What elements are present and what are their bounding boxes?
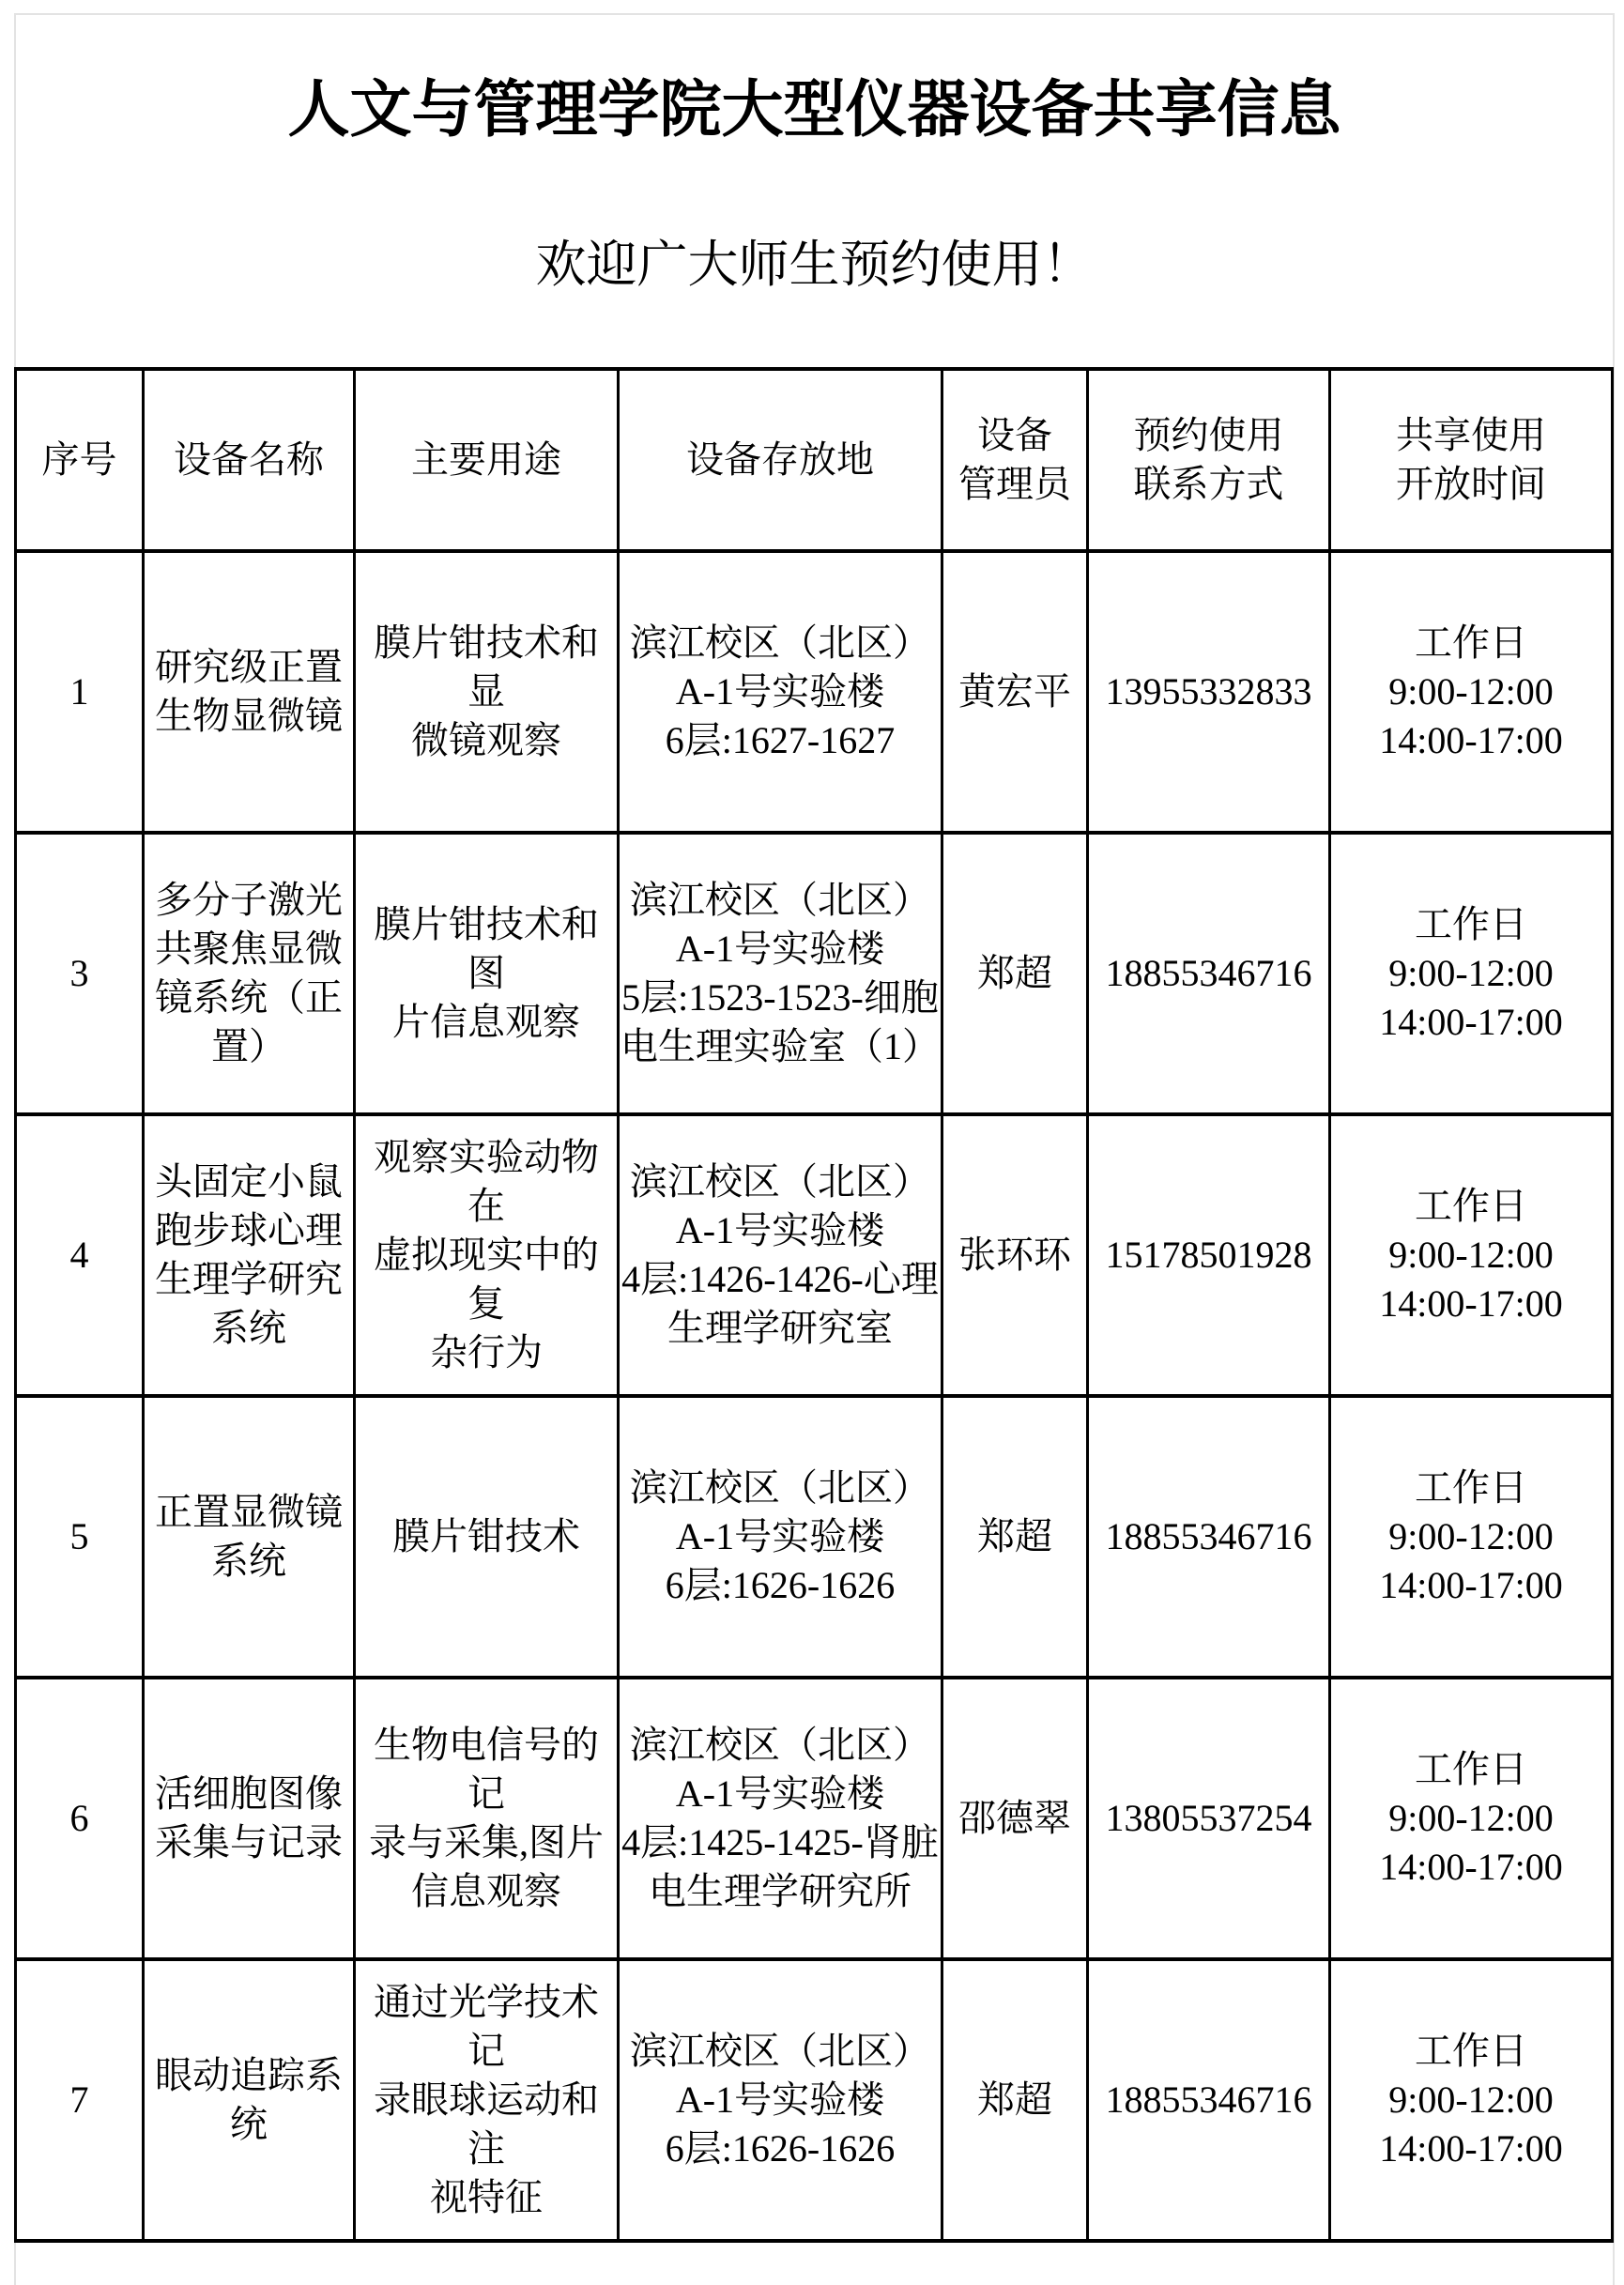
cell-serial: 6	[16, 1678, 144, 1959]
col-header-equipment-name: 设备名称	[144, 369, 355, 551]
cell-purpose: 膜片钳技术和图 片信息观察	[355, 833, 619, 1114]
col-header-serial: 序号	[16, 369, 144, 551]
cell-purpose: 观察实验动物在 虚拟现实中的复 杂行为	[355, 1114, 619, 1396]
cell-equipment-name: 眼动追踪系 统	[144, 1959, 355, 2241]
cell-equipment-name: 活细胞图像 采集与记录	[144, 1678, 355, 1959]
cell-location: 滨江校区（北区） A-1号实验楼 6层:1626-1626	[619, 1396, 942, 1678]
table-row: 5 正置显微镜 系统 膜片钳技术 滨江校区（北区） A-1号实验楼 6层:162…	[16, 1396, 1613, 1678]
cell-manager: 黄宏平	[942, 551, 1088, 833]
page-subtitle: 欢迎广大师生预约使用！	[16, 236, 1613, 294]
cell-contact: 18855346716	[1088, 1396, 1330, 1678]
cell-contact: 15178501928	[1088, 1114, 1330, 1396]
cell-location: 滨江校区（北区） A-1号实验楼 4层:1426-1426-心理 生理学研究室	[619, 1114, 942, 1396]
cell-purpose: 膜片钳技术	[355, 1396, 619, 1678]
cell-purpose: 生物电信号的记 录与采集,图片 信息观察	[355, 1678, 619, 1959]
cell-serial: 5	[16, 1396, 144, 1678]
cell-serial: 3	[16, 833, 144, 1114]
cell-serial: 1	[16, 551, 144, 833]
cell-hours: 工作日 9:00-12:00 14:00-17:00	[1330, 1114, 1613, 1396]
table-row: 4 头固定小鼠 跑步球心理 生理学研究 系统 观察实验动物在 虚拟现实中的复 杂…	[16, 1114, 1613, 1396]
cell-purpose: 通过光学技术记 录眼球运动和注 视特征	[355, 1959, 619, 2241]
table-row: 1 研究级正置 生物显微镜 膜片钳技术和显 微镜观察 滨江校区（北区） A-1号…	[16, 551, 1613, 833]
cell-manager: 郑超	[942, 833, 1088, 1114]
cell-equipment-name: 正置显微镜 系统	[144, 1396, 355, 1678]
table-row: 7 眼动追踪系 统 通过光学技术记 录眼球运动和注 视特征 滨江校区（北区） A…	[16, 1959, 1613, 2241]
cell-hours: 工作日 9:00-12:00 14:00-17:00	[1330, 1959, 1613, 2241]
cell-contact: 18855346716	[1088, 833, 1330, 1114]
cell-equipment-name: 多分子激光 共聚焦显微 镜系统（正 置）	[144, 833, 355, 1114]
cell-location: 滨江校区（北区） A-1号实验楼 6层:1627-1627	[619, 551, 942, 833]
cell-location: 滨江校区（北区） A-1号实验楼 6层:1626-1626	[619, 1959, 942, 2241]
cell-contact: 13955332833	[1088, 551, 1330, 833]
col-header-contact: 预约使用 联系方式	[1088, 369, 1330, 551]
col-header-hours: 共享使用 开放时间	[1330, 369, 1613, 551]
cell-manager: 邵德翠	[942, 1678, 1088, 1959]
cell-purpose: 膜片钳技术和显 微镜观察	[355, 551, 619, 833]
col-header-manager: 设备 管理员	[942, 369, 1088, 551]
table-row: 3 多分子激光 共聚焦显微 镜系统（正 置） 膜片钳技术和图 片信息观察 滨江校…	[16, 833, 1613, 1114]
cell-manager: 张环环	[942, 1114, 1088, 1396]
col-header-purpose: 主要用途	[355, 369, 619, 551]
cell-contact: 13805537254	[1088, 1678, 1330, 1959]
cell-equipment-name: 研究级正置 生物显微镜	[144, 551, 355, 833]
cell-manager: 郑超	[942, 1959, 1088, 2241]
table-row: 6 活细胞图像 采集与记录 生物电信号的记 录与采集,图片 信息观察 滨江校区（…	[16, 1678, 1613, 1959]
cell-serial: 4	[16, 1114, 144, 1396]
cell-hours: 工作日 9:00-12:00 14:00-17:00	[1330, 551, 1613, 833]
cell-contact: 18855346716	[1088, 1959, 1330, 2241]
cell-manager: 郑超	[942, 1396, 1088, 1678]
cell-equipment-name: 头固定小鼠 跑步球心理 生理学研究 系统	[144, 1114, 355, 1396]
cell-hours: 工作日 9:00-12:00 14:00-17:00	[1330, 1678, 1613, 1959]
cell-location: 滨江校区（北区） A-1号实验楼 5层:1523-1523-细胞 电生理实验室（…	[619, 833, 942, 1114]
page-title: 人文与管理学院大型仪器设备共享信息	[16, 75, 1613, 146]
cell-hours: 工作日 9:00-12:00 14:00-17:00	[1330, 1396, 1613, 1678]
cell-location: 滨江校区（北区） A-1号实验楼 4层:1425-1425-肾脏 电生理学研究所	[619, 1678, 942, 1959]
cell-hours: 工作日 9:00-12:00 14:00-17:00	[1330, 833, 1613, 1114]
equipment-table: 序号 设备名称 主要用途 设备存放地 设备 管理员 预约使用 联系方式 共享使用…	[14, 367, 1614, 2243]
cell-serial: 7	[16, 1959, 144, 2241]
col-header-location: 设备存放地	[619, 369, 942, 551]
table-header-row: 序号 设备名称 主要用途 设备存放地 设备 管理员 预约使用 联系方式 共享使用…	[16, 369, 1613, 551]
